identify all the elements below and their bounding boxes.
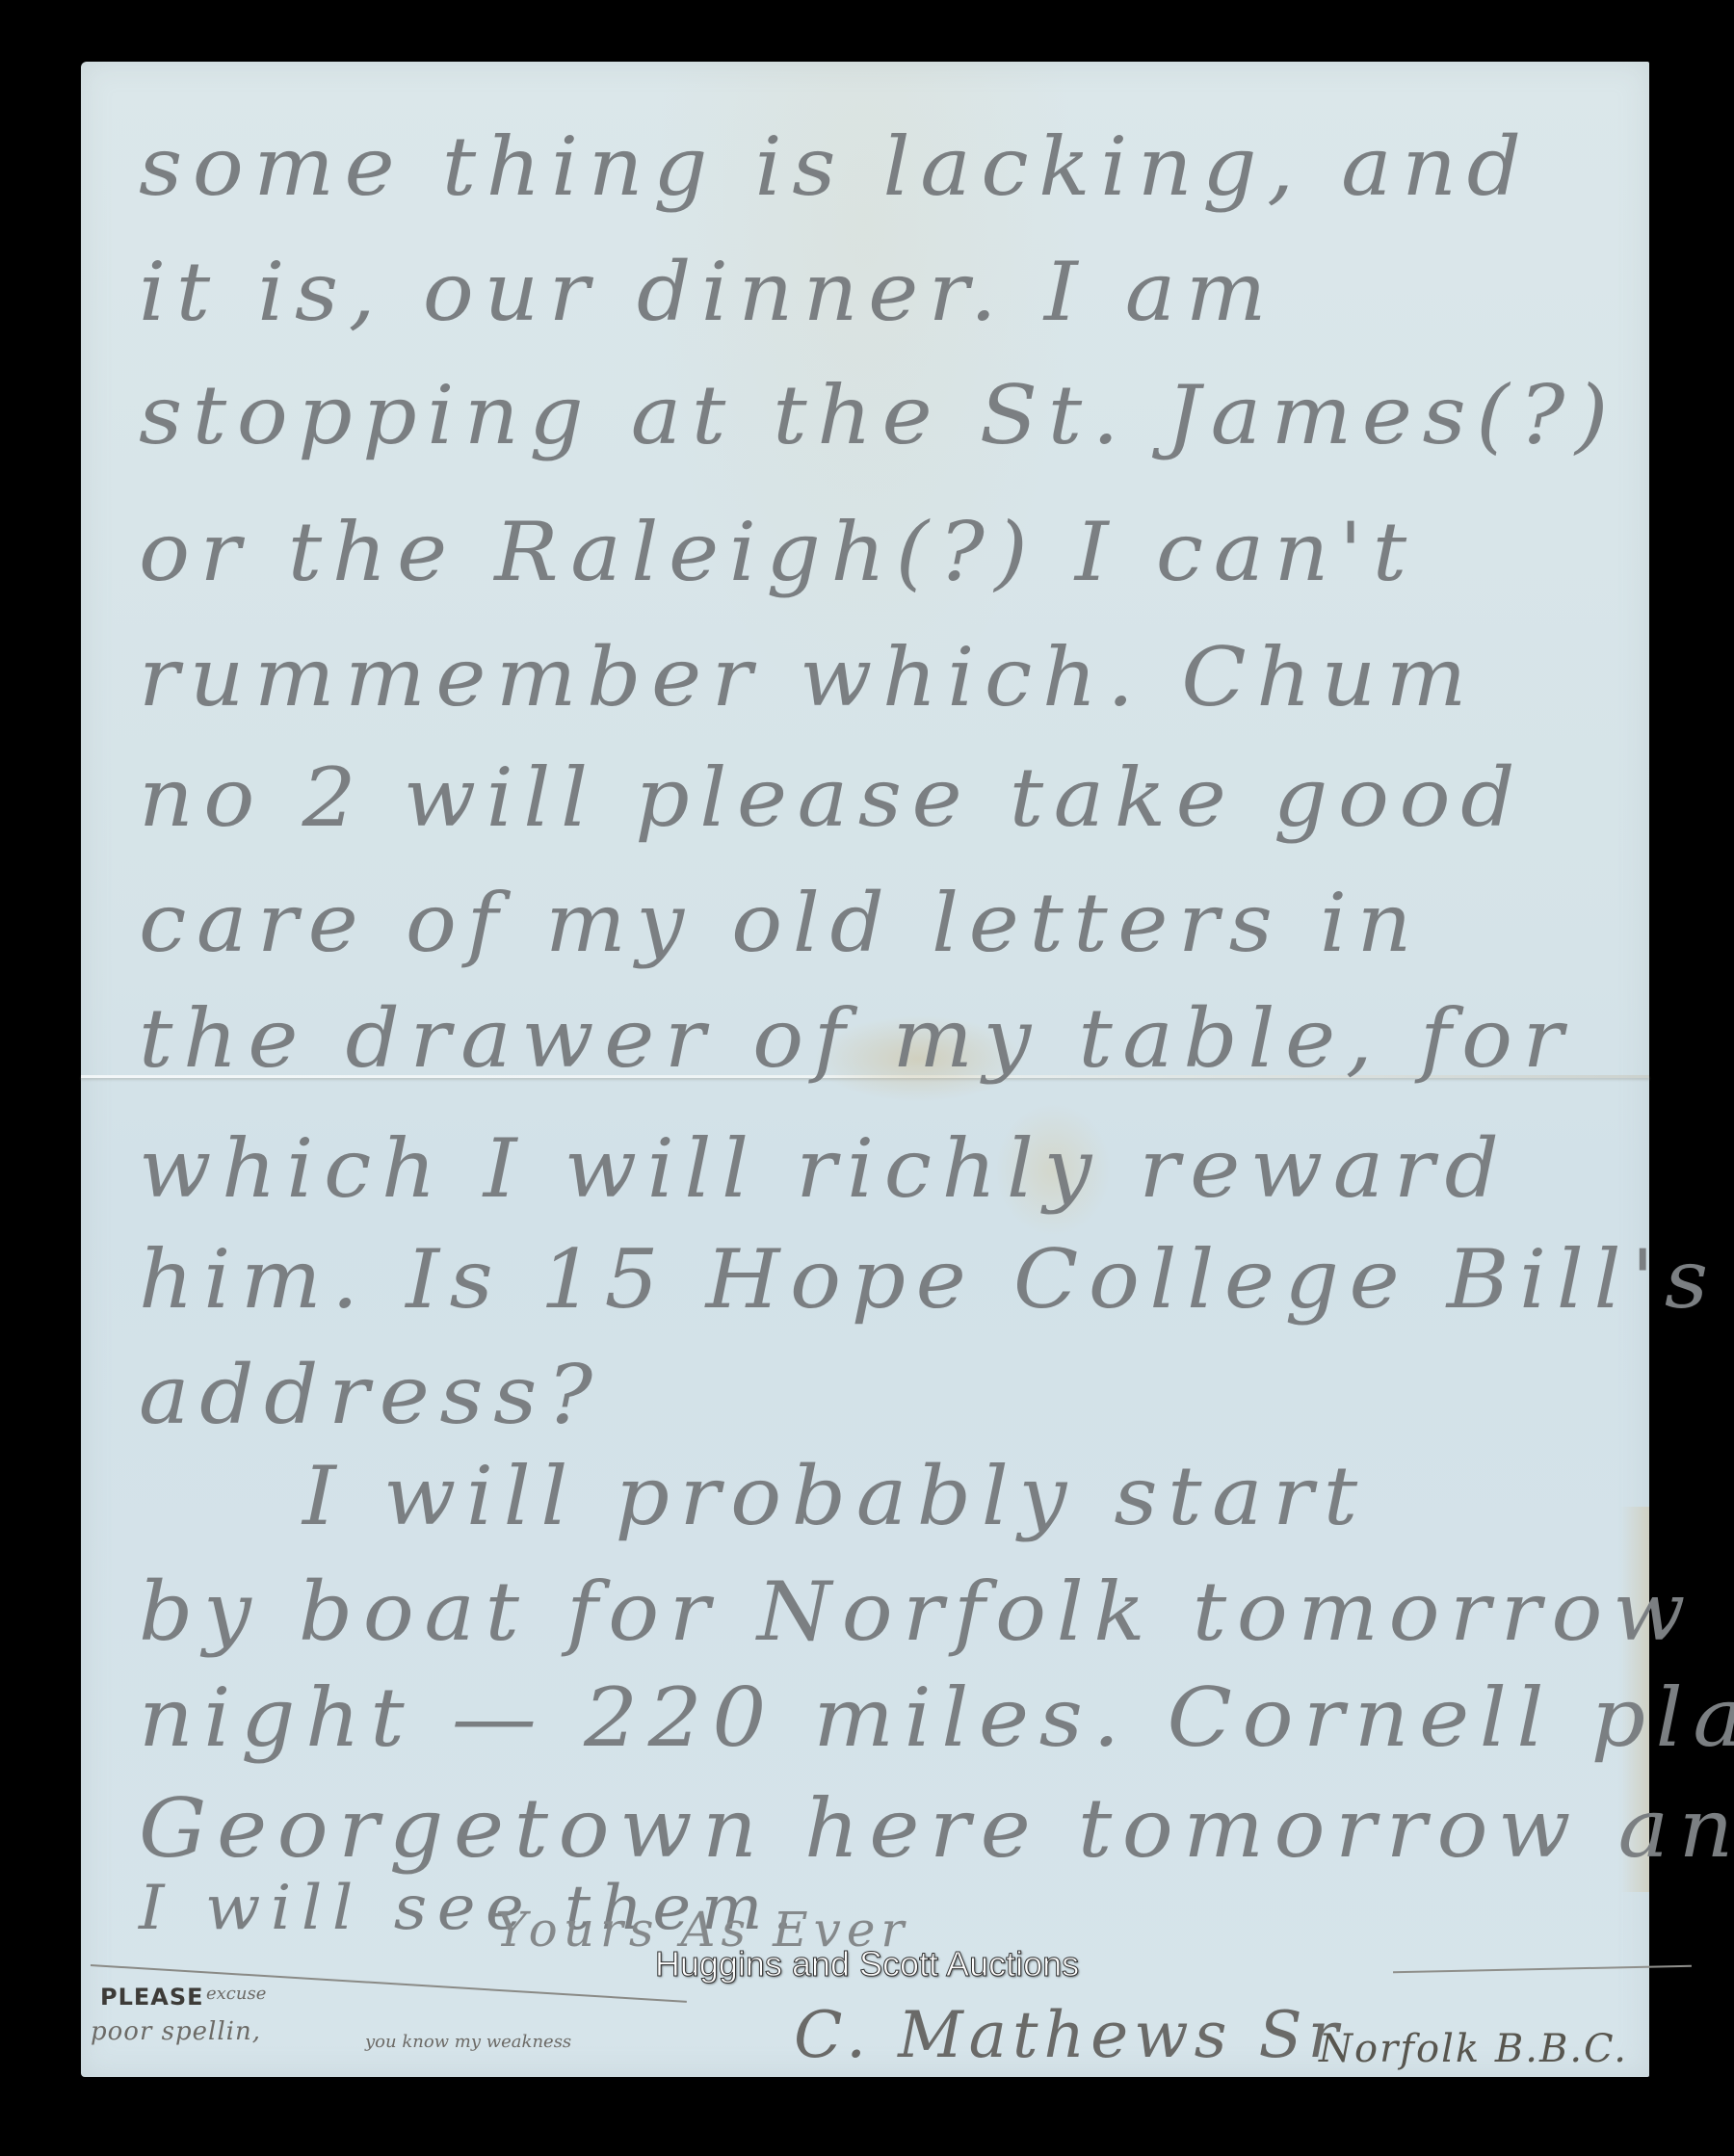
letter-line-6: no 2 will please take good bbox=[139, 750, 1525, 845]
letter-line-8: the drawer of my table, for bbox=[139, 991, 1573, 1086]
letter-line-3: stopping at the St. James(?) bbox=[139, 368, 1618, 462]
signature-rule bbox=[1393, 1965, 1692, 1973]
letter-line-4: or the Raleigh(?) I can't bbox=[139, 505, 1417, 599]
letter-line-2: it is, our dinner. I am bbox=[139, 245, 1276, 339]
letter-line-14: night — 220 miles. Cornell plays bbox=[139, 1670, 1734, 1765]
closing: Yours As Ever bbox=[495, 1902, 909, 1958]
letter-line-1: some thing is lacking, and bbox=[139, 119, 1532, 214]
letter-line-7: care of my old letters in bbox=[139, 876, 1422, 970]
letter-line-11: address? bbox=[139, 1348, 603, 1442]
postscript-weakness: you know my weakness bbox=[365, 2032, 571, 2052]
letter-line-10: him. Is 15 Hope College Bill's bbox=[139, 1232, 1719, 1327]
letter-line-13: by boat for Norfolk tomorrow bbox=[139, 1564, 1695, 1659]
postscript-poor-spelling: poor spellin, bbox=[91, 2017, 261, 2046]
letter-line-12: I will probably start bbox=[302, 1449, 1368, 1543]
letter-line-5: rummember which. Chum bbox=[139, 630, 1477, 724]
postscript-please: PLEASE bbox=[100, 1984, 204, 2011]
postscript-excuse: excuse bbox=[206, 1984, 266, 2004]
letter-page: some thing is lacking, and it is, our di… bbox=[81, 62, 1649, 2077]
team-name: Norfolk B.B.C. bbox=[1319, 2027, 1628, 2071]
letter-line-15: Georgetown here tomorrow and bbox=[139, 1781, 1734, 1876]
letter-line-9: which I will richly reward bbox=[139, 1121, 1509, 1216]
signature: C. Mathews Sr bbox=[794, 1998, 1344, 2072]
